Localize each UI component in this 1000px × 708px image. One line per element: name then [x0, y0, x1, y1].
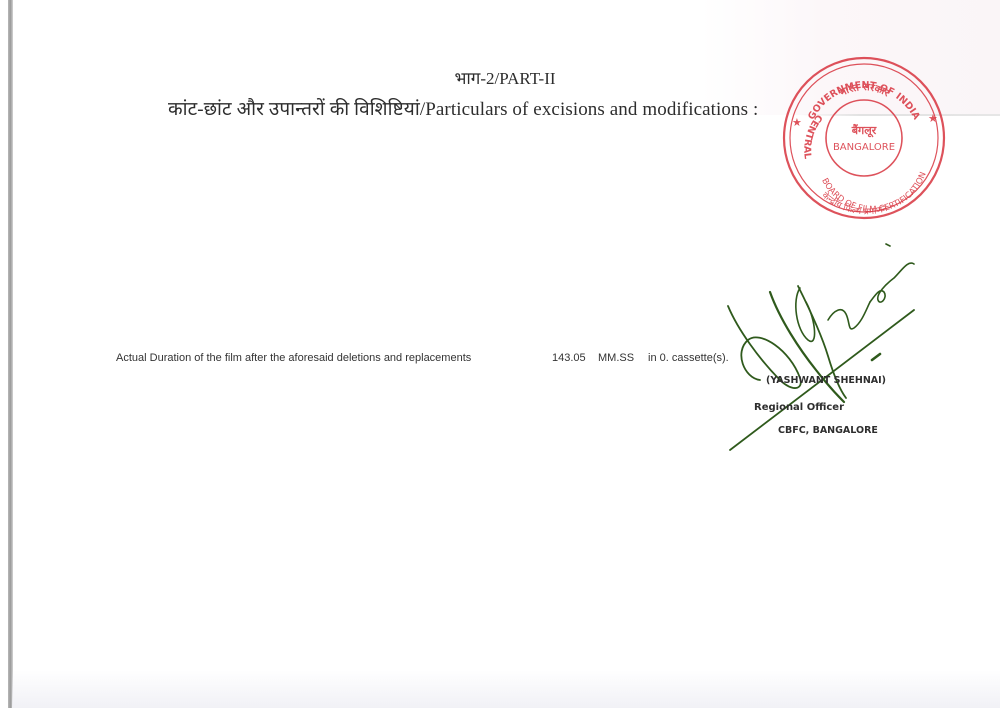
duration-unit: MM.SS: [598, 352, 634, 364]
cassette-count: in 0. cassette(s).: [648, 352, 729, 364]
signatory-office: CBFC, BANGALORE: [778, 425, 878, 436]
section-heading: कांट-छांट और उपान्तरों की विशिष्टियां/Pa…: [168, 95, 758, 121]
seal-star-left-icon: ★: [792, 116, 802, 129]
signatory-name: (YASHWANT SHEHNAI): [766, 375, 886, 386]
scanned-page: भाग-2/PART-II कांट-छांट और उपान्तरों की …: [0, 0, 1000, 708]
seal-text-government: GOVERNMENT OF INDIA: [806, 80, 922, 122]
duration-value: 143.05: [552, 352, 586, 364]
seal-text-central: CENTRAL: [801, 112, 824, 160]
paper-bottom-shade: [12, 670, 1000, 708]
signatory-designation: Regional Officer: [754, 402, 844, 413]
page-edge-shadow: [8, 0, 13, 708]
official-seal-stamp: भारत सरकार GOVERNMENT OF INDIA CENTRAL B…: [778, 52, 950, 220]
duration-label: Actual Duration of the film after the af…: [116, 352, 471, 364]
seal-text-city: BANGALORE: [833, 142, 895, 153]
seal-text-city-hindi: बैंगलूर: [851, 123, 877, 138]
seal-star-right-icon: ★: [928, 112, 938, 125]
